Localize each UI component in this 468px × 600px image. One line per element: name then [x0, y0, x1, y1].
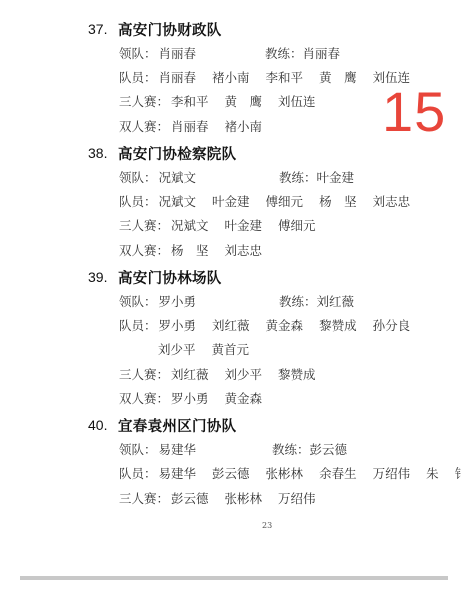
overlay-number: 15: [382, 84, 446, 140]
trio-row: 三人赛： 况斌文 叶金建 傅细元: [119, 215, 316, 235]
member-name: 黄首元: [212, 340, 250, 358]
leader-row: 领队： 罗小勇: [119, 291, 196, 311]
member-name: 刘志忠: [373, 192, 411, 210]
member-name: 李和平: [266, 68, 304, 86]
member-name: 孙分良: [373, 316, 411, 334]
coach-name: 刘红薇: [317, 292, 355, 310]
members-label: 队员：: [119, 192, 157, 210]
duo-row: 双人赛： 罗小勇 黄金森: [119, 388, 262, 408]
trio-row: 三人赛： 彭云德 张彬林 万绍伟: [119, 488, 316, 508]
members-row: 队员： 况斌文 叶金建 傅细元 杨 坚 刘志忠: [119, 191, 410, 211]
coach-row: 教练： 叶金建: [279, 167, 354, 187]
coach-name: 叶金建: [317, 168, 355, 186]
trio-label: 三人赛：: [119, 216, 169, 234]
trio-name: 黄 鹰: [225, 92, 263, 110]
duo-label: 双人赛：: [119, 241, 169, 259]
trio-name: 李和平: [171, 92, 209, 110]
leader-label: 领队：: [119, 44, 157, 62]
member-name: 彭云德: [212, 464, 250, 482]
trio-label: 三人赛：: [119, 92, 169, 110]
member-name: 黎赞成: [319, 316, 357, 334]
section-number: 38.: [88, 145, 118, 161]
members-row: 队员： 易建华 彭云德 张彬林 余春生 万绍伟 朱 钅: [119, 463, 467, 483]
document-page: 37. 高安门协财政队 领队： 肖丽春 教练： 肖丽春 队员： 肖丽春 褚小南 …: [0, 0, 468, 600]
trio-label: 三人赛：: [119, 489, 169, 507]
leader-label: 领队：: [119, 292, 157, 310]
duo-label: 双人赛：: [119, 389, 169, 407]
section-title: 高安门协检察院队: [118, 143, 236, 164]
trio-name: 彭云德: [171, 489, 209, 507]
member-name: 余春生: [319, 464, 357, 482]
leader-name: 罗小勇: [159, 292, 197, 310]
coach-row: 教练： 彭云德: [272, 439, 347, 459]
member-name: 况斌文: [159, 192, 197, 210]
members-label: 队员：: [119, 464, 157, 482]
duo-name: 肖丽春: [171, 117, 209, 135]
member-name: 肖丽春: [159, 68, 197, 86]
duo-name: 刘志忠: [225, 241, 263, 259]
horizontal-scrollbar[interactable]: [20, 576, 448, 580]
leader-row: 领队： 肖丽春: [119, 43, 196, 63]
section-heading: 37. 高安门协财政队: [88, 18, 222, 40]
member-name: 褚小南: [212, 68, 250, 86]
trio-name: 黎赞成: [278, 365, 316, 383]
leader-row: 领队： 易建华: [119, 439, 196, 459]
leader-label: 领队：: [119, 168, 157, 186]
coach-name: 肖丽春: [303, 44, 341, 62]
member-name: 杨 坚: [319, 192, 357, 210]
coach-row: 教练： 肖丽春: [265, 43, 340, 63]
duo-label: 双人赛：: [119, 117, 169, 135]
members-label: 队员：: [119, 68, 157, 86]
member-name: 易建华: [159, 464, 197, 482]
member-name: 刘少平: [158, 340, 196, 358]
coach-label: 教练：: [272, 440, 310, 458]
member-name: 傅细元: [266, 192, 304, 210]
coach-name: 彭云德: [310, 440, 348, 458]
trio-label: 三人赛：: [119, 365, 169, 383]
leader-label: 领队：: [119, 440, 157, 458]
members-label: 队员：: [119, 316, 157, 334]
trio-name: 况斌文: [171, 216, 209, 234]
section-title: 高安门协财政队: [118, 19, 222, 40]
section-heading: 40. 宜春袁州区门协队: [88, 414, 236, 436]
members-row: 队员： 罗小勇 刘红薇 黄金森 黎赞成 孙分良: [119, 315, 410, 335]
section-heading: 38. 高安门协检察院队: [88, 142, 236, 164]
coach-label: 教练：: [265, 44, 303, 62]
duo-row: 双人赛： 杨 坚 刘志忠: [119, 240, 262, 260]
trio-row: 三人赛： 李和平 黄 鹰 刘伍连: [119, 91, 316, 111]
member-name: 刘红薇: [212, 316, 250, 334]
duo-row: 双人赛： 肖丽春 褚小南: [119, 116, 262, 136]
duo-name: 褚小南: [225, 117, 263, 135]
member-name: 钅: [455, 464, 468, 482]
member-name: 朱: [426, 464, 439, 482]
page-number: 23: [262, 521, 272, 530]
member-name: 黄 鹰: [319, 68, 357, 86]
trio-name: 刘伍连: [278, 92, 316, 110]
section-number: 40.: [88, 417, 118, 433]
section-heading: 39. 高安门协林场队: [88, 266, 222, 288]
section-number: 37.: [88, 21, 118, 37]
duo-name: 罗小勇: [171, 389, 209, 407]
duo-name: 杨 坚: [171, 241, 209, 259]
leader-name: 易建华: [159, 440, 197, 458]
member-name: 叶金建: [212, 192, 250, 210]
trio-row: 三人赛： 刘红薇 刘少平 黎赞成: [119, 364, 316, 384]
leader-row: 领队： 况斌文: [119, 167, 196, 187]
member-name: 万绍伟: [373, 464, 411, 482]
members-row-continued: 刘少平 黄首元: [158, 339, 249, 359]
trio-name: 刘少平: [225, 365, 263, 383]
trio-name: 傅细元: [278, 216, 316, 234]
member-name: 罗小勇: [159, 316, 197, 334]
members-row: 队员： 肖丽春 褚小南 李和平 黄 鹰 刘伍连: [119, 67, 410, 87]
coach-label: 教练：: [279, 168, 317, 186]
section-title: 高安门协林场队: [118, 267, 222, 288]
coach-row: 教练： 刘红薇: [279, 291, 354, 311]
coach-label: 教练：: [279, 292, 317, 310]
section-title: 宜春袁州区门协队: [118, 415, 236, 436]
member-name: 张彬林: [266, 464, 304, 482]
trio-name: 张彬林: [225, 489, 263, 507]
trio-name: 刘红薇: [171, 365, 209, 383]
trio-name: 万绍伟: [278, 489, 316, 507]
leader-name: 况斌文: [159, 168, 197, 186]
section-number: 39.: [88, 269, 118, 285]
leader-name: 肖丽春: [159, 44, 197, 62]
duo-name: 黄金森: [225, 389, 263, 407]
trio-name: 叶金建: [225, 216, 263, 234]
member-name: 黄金森: [266, 316, 304, 334]
